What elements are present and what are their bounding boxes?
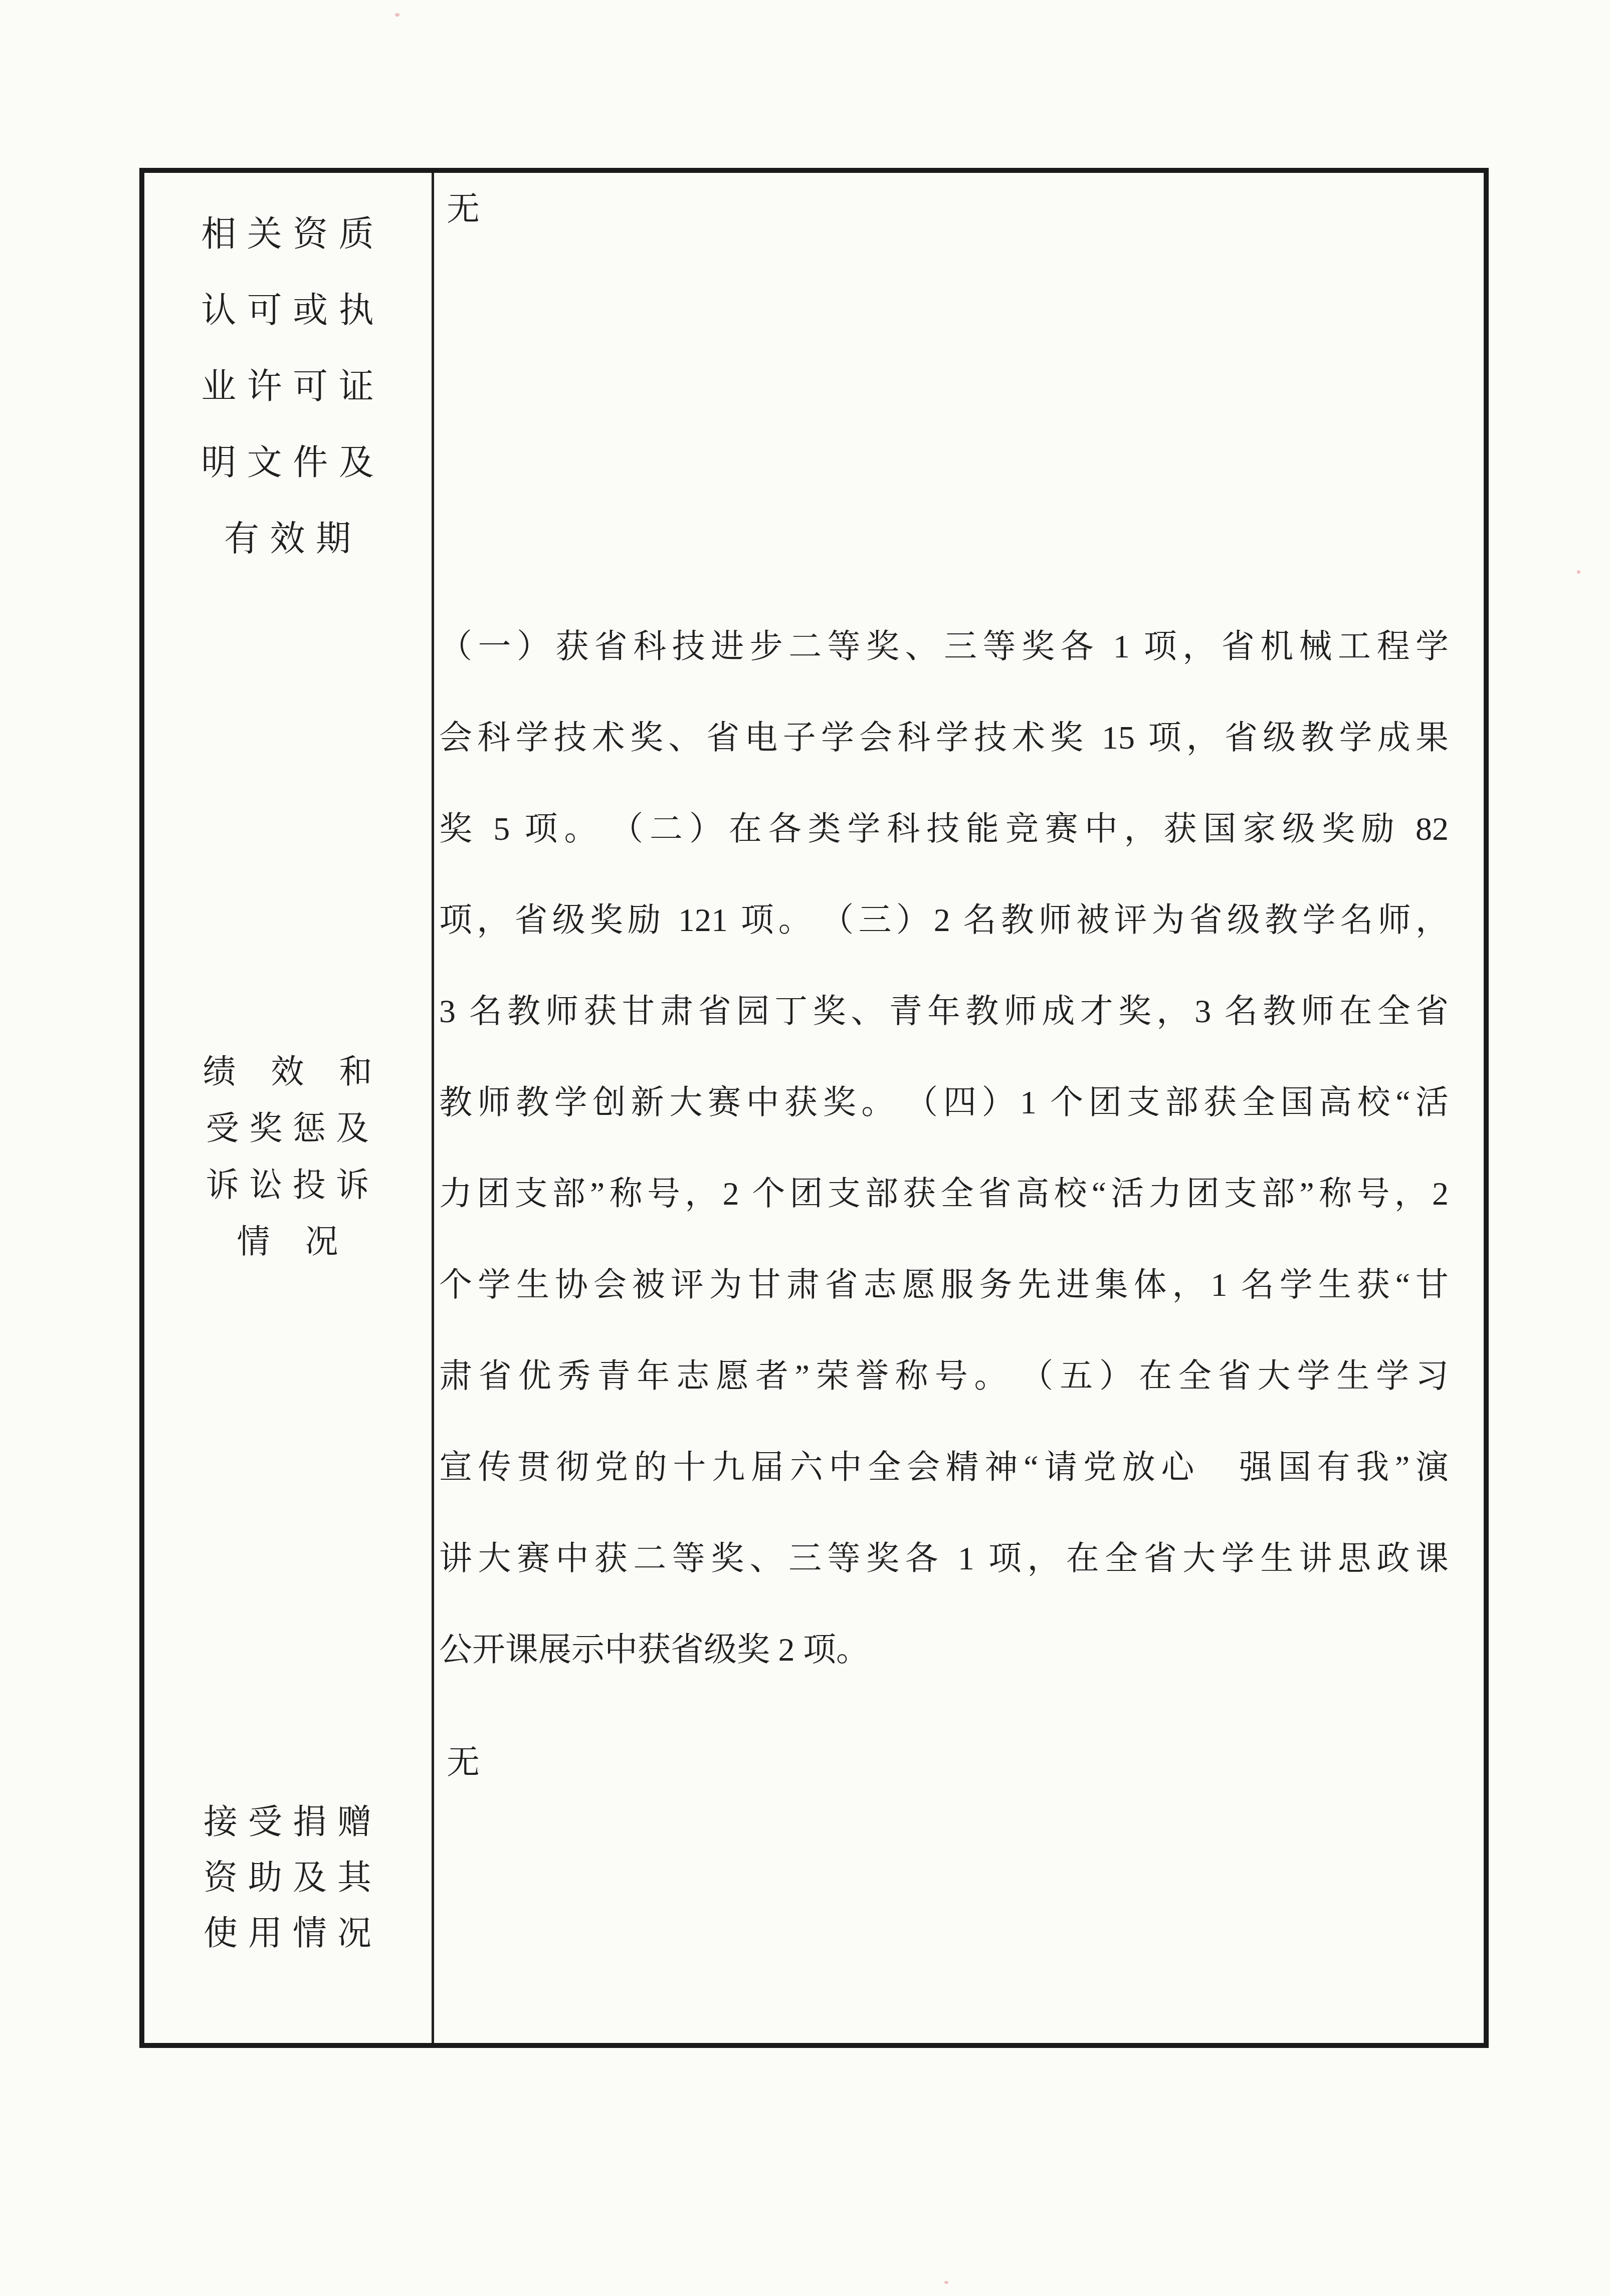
performance-value-paragraph: （一）获省科技进步二等奖、三等奖各 1 项，省机械工程学会科学技术奖、省电子学会… <box>434 601 1484 1696</box>
row-qualification-label-cell: 相 关 资 质认 可 或 执业 许 可 证明 文 件 及有 效 期 <box>144 173 434 601</box>
label-line: 绩 效 和 <box>188 1044 388 1100</box>
label-line: 相 关 资 质 <box>188 197 388 273</box>
paragraph-line: 会科学技术奖、省电子学会科学技术奖 15 项，省级教学成果 <box>439 693 1449 784</box>
label-line: 接 受 捐 赠 <box>188 1794 388 1850</box>
paragraph-line: 个学生协会被评为甘肃省志愿服务先进集体，1 名学生获“甘 <box>439 1240 1449 1331</box>
scan-artifact <box>944 2281 948 2284</box>
qualification-value: 无 <box>434 173 1484 234</box>
label-line: 受 奖 惩 及 <box>188 1100 388 1157</box>
paragraph-line: 3 名教师获甘肃省园丁奖、青年教师成才奖，3 名教师在全省 <box>439 966 1449 1057</box>
donation-value: 无 <box>434 1713 1484 1787</box>
label-line: 明 文 件 及 <box>188 425 388 502</box>
donation-label: 接 受 捐 赠资 助 及 其使 用 情 况 <box>188 1794 388 1961</box>
label-line: 认 可 或 执 <box>188 273 388 349</box>
label-line: 诉 讼 投 诉 <box>188 1157 388 1214</box>
report-table: 相 关 资 质认 可 或 执业 许 可 证明 文 件 及有 效 期 无 绩 效 … <box>139 168 1489 2048</box>
row-donation-label-cell: 接 受 捐 赠资 助 及 其使 用 情 况 <box>144 1713 434 2043</box>
row-qualification-value-cell: 无 <box>434 173 1484 601</box>
row-performance-label-cell: 绩 效 和受 奖 惩 及诉 讼 投 诉情 况 <box>144 601 434 1713</box>
scanned-form-page: 相 关 资 质认 可 或 执业 许 可 证明 文 件 及有 效 期 无 绩 效 … <box>0 0 1610 2296</box>
label-line: 使 用 情 况 <box>188 1906 388 1961</box>
performance-label: 绩 效 和受 奖 惩 及诉 讼 投 诉情 况 <box>188 1044 388 1270</box>
label-line: 业 许 可 证 <box>188 349 388 425</box>
paragraph-line: 力团支部”称号，2 个团支部获全省高校“活力团支部”称号，2 <box>439 1149 1449 1240</box>
row-donation-value-cell: 无 <box>434 1713 1484 2043</box>
paragraph-line: 讲大赛中获二等奖、三等奖各 1 项，在全省大学生讲思政课 <box>439 1513 1449 1604</box>
scan-artifact <box>395 13 399 17</box>
paragraph-line: （一）获省科技进步二等奖、三等奖各 1 项，省机械工程学 <box>439 601 1449 693</box>
paragraph-line: 项，省级奖励 121 项。 （三）2 名教师被评为省级教学名师， <box>439 875 1449 966</box>
paragraph-line: 教师教学创新大赛中获奖。 （四）1 个团支部获全国高校“活 <box>439 1057 1449 1149</box>
label-line: 情 况 <box>188 1214 388 1270</box>
row-performance-value-cell: （一）获省科技进步二等奖、三等奖各 1 项，省机械工程学会科学技术奖、省电子学会… <box>434 601 1484 1713</box>
label-line: 有 效 期 <box>188 502 388 578</box>
paragraph-line: 宣传贯彻党的十九届六中全会精神“请党放心 强国有我”演 <box>439 1422 1449 1513</box>
scan-artifact <box>1577 570 1580 574</box>
paragraph-line: 公开课展示中获省级奖 2 项。 <box>439 1604 1449 1696</box>
label-line: 资 助 及 其 <box>188 1850 388 1906</box>
paragraph-line: 奖 5 项。 （二）在各类学科技能竞赛中，获国家级奖励 82 <box>439 784 1449 875</box>
paragraph-line: 肃省优秀青年志愿者”荣誉称号。 （五）在全省大学生学习 <box>439 1331 1449 1422</box>
qualification-label: 相 关 资 质认 可 或 执业 许 可 证明 文 件 及有 效 期 <box>188 197 388 578</box>
